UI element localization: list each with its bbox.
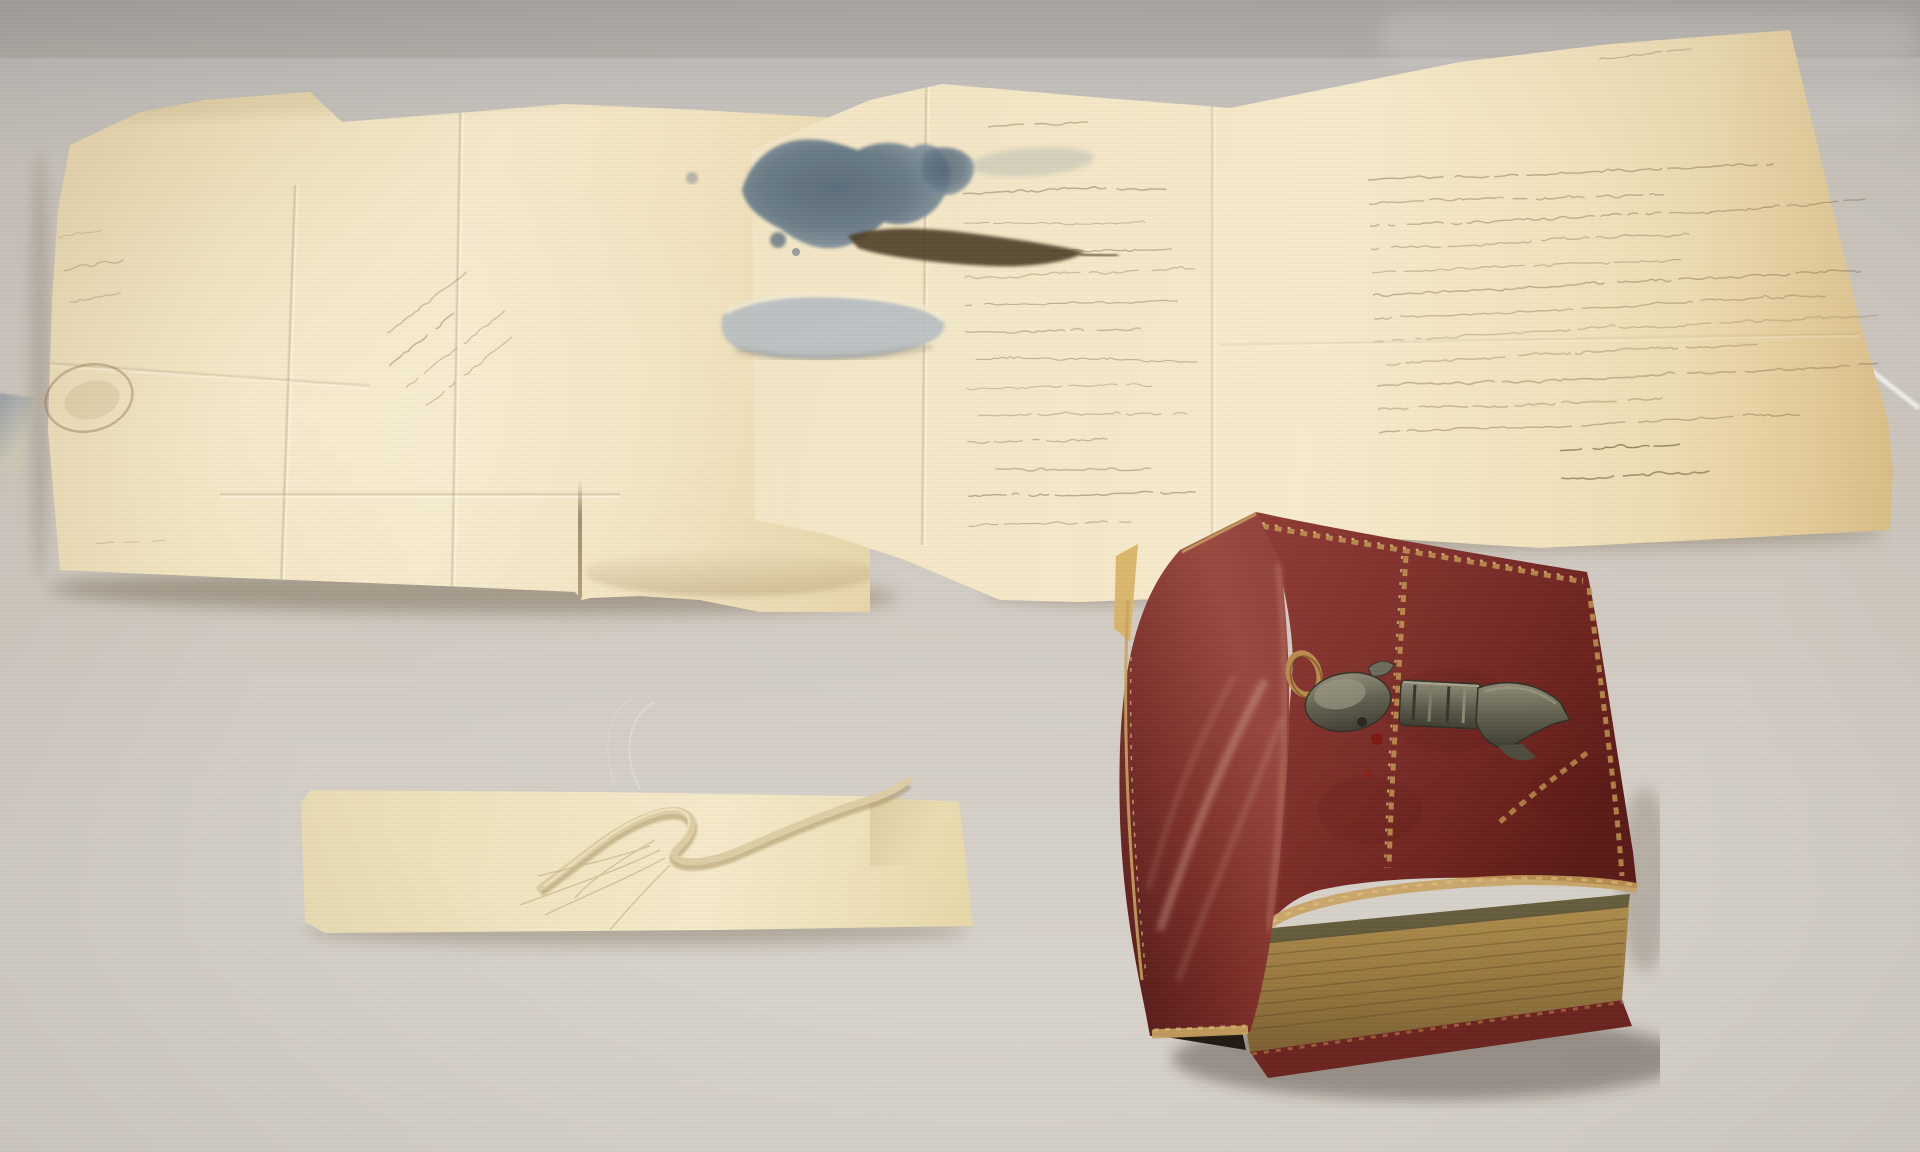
handwriting-bottom-left-mark	[96, 537, 172, 545]
red-wax-droplet	[1371, 733, 1383, 745]
clasp-center-box	[1399, 680, 1481, 729]
handwriting-line	[967, 438, 1107, 443]
handwriting-right-page-top-line	[1599, 47, 1700, 60]
handwriting-right-page-right-column	[1368, 156, 1893, 435]
ink-blot-satellite	[770, 232, 786, 248]
ink-blot-satellite	[792, 248, 800, 256]
ink-blot-satellite	[686, 172, 698, 184]
hair-ribbon-shadow	[540, 784, 908, 892]
handwriting-line	[63, 258, 124, 272]
handwriting-line	[1379, 412, 1800, 435]
handwriting-line	[1368, 160, 1787, 183]
torn-hole-shadow	[848, 229, 1085, 267]
handwriting-line	[387, 271, 467, 334]
handwriting-line	[1374, 293, 1826, 320]
handwriting-line	[1375, 313, 1889, 342]
handwriting-line	[1371, 232, 1689, 251]
ink-blot-layer	[640, 100, 1200, 400]
clasp-shell-hole	[1357, 717, 1367, 727]
handwriting-line	[96, 537, 172, 545]
torn-hole-tail	[1080, 254, 1118, 256]
handwriting-line	[1386, 343, 1762, 366]
handwriting-line	[1560, 442, 1680, 452]
red-wax-droplet	[1364, 770, 1372, 778]
hair-wisp	[629, 702, 655, 790]
handwriting-line	[1599, 47, 1700, 60]
hair-ribbon-layer	[470, 690, 940, 970]
handwriting-line	[58, 228, 102, 238]
handwriting-line	[388, 313, 455, 366]
handwriting-line	[1373, 269, 1861, 297]
handwriting-line	[978, 410, 1187, 418]
hair-wisp	[608, 698, 632, 785]
handwriting-line	[425, 332, 519, 406]
ink-blot-streak	[969, 144, 1095, 181]
handwriting-line	[405, 310, 505, 389]
hair-ribbon	[540, 780, 908, 888]
photo-archival-documents	[0, 0, 1920, 1152]
postmark-smudge	[60, 375, 124, 425]
handwriting-corner-scribbles	[58, 225, 131, 303]
handwriting-address-block	[372, 268, 521, 410]
handwriting-line	[69, 290, 130, 303]
handwriting-line	[1369, 189, 1664, 209]
handwriting-line	[1372, 258, 1681, 275]
handwriting-line	[1378, 396, 1662, 413]
book-flap	[1119, 512, 1289, 1036]
handwriting-line	[1370, 199, 1866, 228]
pocket-book	[1100, 460, 1660, 1110]
handwriting-line	[1377, 362, 1878, 390]
